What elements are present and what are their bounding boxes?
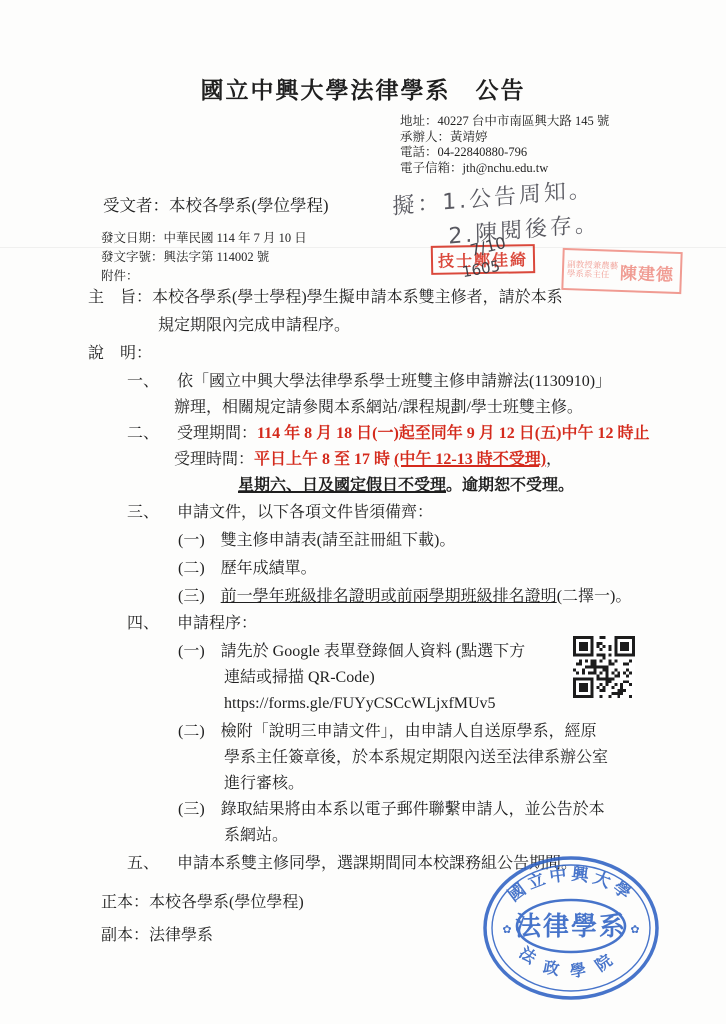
item4-sub1-line2: 連結或掃描 QR-Code) [224, 668, 375, 687]
item2-hours-value: 平日上午 8 至 17 時 [254, 451, 394, 468]
item4-sub2-line2: 學系主任簽章後，於本系規定期限內送至法律系辦公室 [224, 748, 608, 767]
department-seal-stamp: 國立中興大學 法政學院 法律學系 ✿ ✿ [481, 854, 661, 1004]
item2-hours-label: 受理時間： [174, 451, 254, 468]
scan-artifact-line [0, 247, 726, 248]
item3-line: 三、 申請文件，以下各項文件皆須備齊： [127, 503, 433, 522]
item4-sub3-line2: 系網站。 [224, 826, 288, 845]
item4-sub2-number: (二) [178, 723, 205, 740]
qr-code-icon [573, 636, 635, 698]
contact-phone: 電話：04-22840880-796 [400, 145, 609, 161]
item3-sub1-number: (一) [178, 532, 205, 549]
contact-address: 地址：40227 台中市南區興大路 145 號 [400, 114, 609, 130]
item4-sub2-line3: 進行審核。 [224, 774, 304, 793]
item1-number: 一、 [127, 373, 159, 390]
explanation-label: 說 明： [88, 344, 152, 363]
item1-line2: 辦理，相關規定請參閱本系網站/課程規劃/學士班雙主修。 [174, 398, 583, 417]
item2-line3: 星期六、日及國定假日不受理。逾期恕不受理。 [238, 476, 574, 495]
item2-lunch-note: (中午 12-13 時不受理) [394, 451, 546, 468]
meta-date: 發文日期：中華民國 114 年 7 月 10 日 [101, 231, 307, 246]
item3-sub2-number: (二) [178, 560, 205, 577]
item3-sub3-ranking: 前一學年班級排名證明或前兩學期班級排名證明 [221, 588, 557, 605]
item4-sub1-number: (一) [178, 643, 205, 660]
item2-line2: 受理時間：平日上午 8 至 17 時 (中午 12-13 時不受理)， [174, 450, 562, 469]
item2-weekend-note: 星期六、日及國定假日不受理 [238, 477, 446, 494]
item2-number: 二、 [127, 425, 159, 442]
seal-flower-right-icon: ✿ [630, 924, 639, 936]
item3-sub3: (三) 前一學年班級排名證明或前兩學期班級排名證明(二擇一)。 [178, 587, 631, 606]
item4-sub2-line1: (二) 檢附「說明三申請文件」，由申請人自送原學系，經原 [178, 722, 597, 741]
svg-text:法政學院: 法政學院 [516, 943, 626, 982]
scanned-announcement-page: 國立中興大學法律學系 公告 地址：40227 台中市南區興大路 145 號 承辦… [0, 0, 726, 1024]
subject-line2: 規定期限內完成申請程序。 [158, 316, 350, 335]
chair-stamp-name: 陳建德 [620, 258, 675, 285]
contact-block: 地址：40227 台中市南區興大路 145 號 承辦人：黃靖婷 電話：04-22… [400, 114, 609, 176]
item4-sub3-number: (三) [178, 801, 205, 818]
chair-stamp-title: 副教授兼農藝 學系系主任 [567, 260, 619, 281]
item4-number: 四、 [127, 615, 159, 632]
meta-attachment: 附件： [101, 269, 139, 284]
seal-bottom-text: 法政學院 [516, 943, 626, 982]
chair-stamp: 副教授兼農藝 學系系主任 陳建德 [561, 248, 682, 294]
item4-sub1-line1: (一) 請先於 Google 表單登錄個人資料 (點選下方 [178, 642, 525, 661]
page-title: 國立中興大學法律學系 公告 [0, 72, 726, 105]
form-link[interactable]: https://forms.gle/FUYyCSCcWLjxfMUv5 [224, 694, 496, 713]
footer-original: 正本：本校各學系(學位學程) [101, 893, 304, 912]
item3-sub2: (二) 歷年成績單。 [178, 559, 317, 578]
item2-period-label: 受理期間： [177, 425, 257, 442]
item3-sub3-number: (三) [178, 588, 205, 605]
item3-number: 三、 [127, 504, 159, 521]
recipient-line: 受文者：本校各學系(學位學程) [103, 196, 329, 216]
item4-sub3-line1: (三) 錄取結果將由本系以電子郵件聯繫申請人，並公告於本 [178, 800, 605, 819]
item2-period-value: 114 年 8 月 18 日(一)起至同年 9 月 12 日(五)中午 12 時… [257, 425, 649, 442]
item3-sub1: (一) 雙主修申請表(請至註冊組下載)。 [178, 531, 455, 550]
item5-number: 五、 [127, 855, 159, 872]
seal-flower-left-icon: ✿ [502, 924, 511, 936]
footer-copy: 副本：法律學系 [101, 926, 213, 945]
seal-center-text: 法律學系 [515, 912, 627, 941]
meta-number: 發文字號：興法字第 114002 號 [101, 250, 269, 265]
item4-line: 四、 申請程序： [127, 614, 257, 633]
subject-label: 主 旨： [88, 289, 152, 306]
contact-person: 承辦人：黃靖婷 [400, 130, 609, 146]
item2-line1: 二、 受理期間：114 年 8 月 18 日(一)起至同年 9 月 12 日(五… [127, 424, 649, 443]
item1-line1: 一、 依「國立中興大學法律學系學士班雙主修申請辦法(1130910)」 [127, 372, 611, 391]
subject-line1: 主 旨：本校各學系(學士學程)學生擬申請本系雙主修者，請於本系 [88, 288, 563, 307]
